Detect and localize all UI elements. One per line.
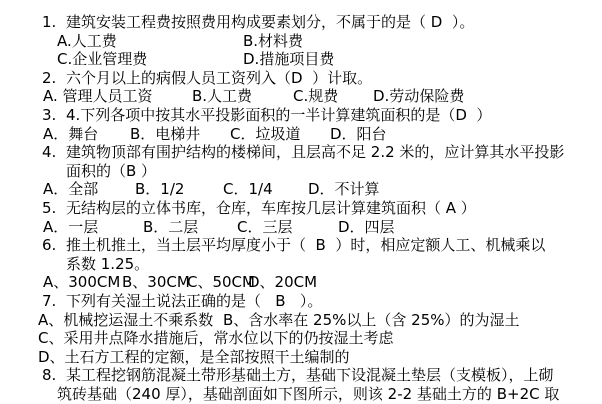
question-5-text: 无结构层的立体书库，仓库，车库按几层计算建筑面积（ A ）: [66, 199, 476, 217]
question-8-stem: 8.某工程挖钢筋混凝土带形基础土方，基础下设混凝土垫层（支模板），上砌: [0, 366, 602, 385]
question-6-stem: 6.推土机推土，当土层平均厚度小于（ B ）时，相应定额人工、机械乘以: [0, 236, 602, 255]
question-3-stem: 3.4.下列各项中按其水平投影面积的一半计算建筑面积的是（D ）: [0, 106, 602, 125]
question-3-options-row: A．舞台 B．电梯井 C．垃圾道 D．阳台: [0, 125, 602, 144]
question-3-number: 3.: [42, 106, 66, 125]
question-6-options-row: A、300CM B、30CM C、50CM D、20CM: [0, 273, 602, 292]
question-2-options-row: A. 管理人员工资 B.人工费 C.规费 D.劳动保险费: [0, 87, 602, 106]
question-7-option-b: B、含水率在 25%以上（含 25%）的为湿土: [223, 311, 520, 330]
question-4-option-d: D．不计算: [308, 180, 380, 199]
question-6-stem-line2: 系数 1.25。: [0, 255, 602, 274]
question-2-option-a: A. 管理人员工资: [43, 87, 153, 106]
question-2-stem: 2.六个月以上的病假人员工资列入（D ）计取。: [0, 69, 602, 88]
question-5-number: 5.: [42, 199, 66, 218]
question-5-option-a: A．一层: [43, 218, 98, 237]
question-4-text: 建筑物顶部有围护结构的楼梯间，且层高不足 2.2 米的，应计算其水平投影: [66, 143, 564, 161]
question-8-number: 8.: [42, 366, 66, 385]
question-8-text: 某工程挖钢筋混凝土带形基础土方，基础下设混凝土垫层（支模板），上砌: [66, 366, 554, 384]
question-6-option-c: C、50CM: [187, 273, 255, 292]
question-1-options-row-1: A.人工费 B.材料费: [0, 32, 602, 51]
question-1-text: 建筑安装工程费按照费用构成要素划分，不属于的是（ D ）。: [66, 13, 474, 31]
question-1-option-c: C.企业管理费: [57, 50, 147, 69]
question-1-number: 1.: [42, 13, 66, 32]
question-6-option-a: A、300CM: [43, 273, 120, 292]
question-1-options-row-2: C.企业管理费 D.措施项目费: [0, 50, 602, 69]
question-5-option-b: B．二层: [143, 218, 198, 237]
question-4-option-a: A．全部: [43, 180, 98, 199]
question-7-option-d: D、土石方工程的定额，是全部按照干土编制的: [0, 348, 602, 367]
exam-question-document: 1.建筑安装工程费按照费用构成要素划分，不属于的是（ D ）。 A.人工费 B.…: [0, 0, 602, 404]
question-7-options-row-1: A、机械挖运湿土不乘系数 B、含水率在 25%以上（含 25%）的为湿土: [0, 311, 602, 330]
question-3-option-c: C．垃圾道: [230, 125, 300, 144]
question-4-stem-line2: 面积的（B ）: [0, 162, 602, 181]
question-1-stem: 1.建筑安装工程费按照费用构成要素划分，不属于的是（ D ）。: [0, 13, 602, 32]
question-6-text: 推土机推土，当土层平均厚度小于（ B ）时，相应定额人工、机械乘以: [66, 236, 545, 254]
question-1-option-d: D.措施项目费: [243, 50, 334, 69]
question-3-option-a: A．舞台: [43, 125, 98, 144]
question-1-option-a: A.人工费: [57, 32, 117, 51]
question-5-options-row: A．一层 B．二层 C．三层 D．四层: [0, 218, 602, 237]
question-4-option-c: C．1/4: [223, 180, 273, 199]
question-4-options-row: A．全部 B．1/2 C．1/4 D．不计算: [0, 180, 602, 199]
question-4-stem: 4.建筑物顶部有围护结构的楼梯间，且层高不足 2.2 米的，应计算其水平投影: [0, 143, 602, 162]
question-5-stem: 5.无结构层的立体书库，仓库，车库按几层计算建筑面积（ A ）: [0, 199, 602, 218]
question-4-option-b: B．1/2: [135, 180, 184, 199]
question-5-option-d: D．四层: [338, 218, 395, 237]
question-2-text: 六个月以上的病假人员工资列入（D ）计取。: [66, 69, 372, 87]
question-2-option-d: D.劳动保险费: [373, 87, 464, 106]
question-7-number: 7.: [42, 292, 66, 311]
question-7-option-c: C、采用井点降水措施后，常水位以下的仍按湿土考虑: [0, 329, 602, 348]
question-6-number: 6.: [42, 236, 66, 255]
question-4-number: 4.: [42, 143, 66, 162]
question-7-option-a: A、机械挖运湿土不乘系数: [38, 311, 213, 330]
question-6-option-d: D、20CM: [248, 273, 317, 292]
question-3-text: 4.下列各项中按其水平投影面积的一半计算建筑面积的是（D ）: [66, 106, 491, 124]
question-2-number: 2.: [42, 69, 66, 88]
question-2-option-b: B.人工费: [192, 87, 252, 106]
question-7-text: 下列有关湿土说法正确的是（ B ）。: [66, 292, 322, 310]
question-6-option-b: B、30CM: [122, 273, 190, 292]
question-1-option-b: B.材料费: [243, 32, 303, 51]
question-7-stem: 7.下列有关湿土说法正确的是（ B ）。: [0, 292, 602, 311]
question-3-option-d: D．阳台: [330, 125, 387, 144]
question-2-option-c: C.规费: [293, 87, 338, 106]
question-3-option-b: B．电梯井: [130, 125, 200, 144]
question-5-option-c: C．三层: [237, 218, 292, 237]
question-8-stem-line2: 筑砖基础（240 厚），基础剖面如下图所示，则该 2-2 基础土方的 B+2C …: [0, 385, 602, 404]
